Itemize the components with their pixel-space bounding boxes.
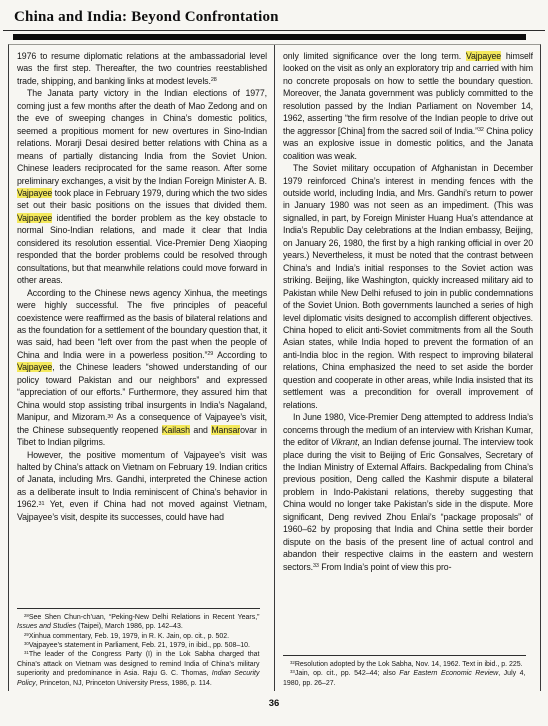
text-run: , Princeton, NJ, Princeton University Pr… xyxy=(36,680,212,687)
page-title: China and India: Beyond Confrontation xyxy=(0,0,548,30)
text-run: Xinhua commentary, Feb. 19, 1979, in R. … xyxy=(29,633,229,640)
text-run: 1976 to resume diplomatic relations at t… xyxy=(17,51,267,86)
text-run: The Soviet military occupation of Afghan… xyxy=(283,163,533,410)
body-paragraph: According to the Chinese news agency Xin… xyxy=(17,287,267,449)
left-column: 1976 to resume diplomatic relations at t… xyxy=(9,45,275,691)
highlighted-text: Vajpayee xyxy=(17,362,52,372)
footnote-ref: 28 xyxy=(24,613,29,618)
header-thick-rule xyxy=(13,34,526,40)
text-run: According to xyxy=(213,350,267,360)
right-footnotes: 32Resolution adopted by the Lok Sabha, N… xyxy=(283,655,526,688)
footnote: 32Resolution adopted by the Lok Sabha, N… xyxy=(283,660,526,669)
footnote: 33Jain, op. cit., pp. 542–44; also Far E… xyxy=(283,669,526,688)
text-run: Jain, op. cit., pp. 542–44; also xyxy=(295,670,399,677)
highlighted-text: Mansar xyxy=(211,425,240,435)
footnote-ref: 30 xyxy=(24,641,29,646)
text-run: and xyxy=(190,425,211,435)
body-paragraph: In June 1980, Vice-Premier Deng attempte… xyxy=(283,411,533,573)
text-run: Vikrant xyxy=(331,437,358,447)
body-paragraph: only limited significance over the long … xyxy=(283,50,533,162)
right-column-body: only limited significance over the long … xyxy=(283,50,533,573)
footnote-ref: 29 xyxy=(24,632,29,637)
footnote-ref: 33 xyxy=(313,563,319,569)
footnote-ref: 28 xyxy=(211,77,217,83)
footnote-ref: 33 xyxy=(290,669,295,674)
text-run: Resolution adopted by the Lok Sabha, Nov… xyxy=(295,661,523,668)
footnote-ref: 30 xyxy=(107,414,113,420)
text-run: From India’s point of view this pro- xyxy=(319,562,452,572)
footnote-ref: 29 xyxy=(207,351,213,357)
footnote-ref: 32 xyxy=(290,660,295,665)
footnote: 28See Shen Chun-ch’uan, “Peking-New Delh… xyxy=(17,613,260,632)
text-run: , an Indian defense journal. The intervi… xyxy=(283,437,533,572)
left-footnotes: 28See Shen Chun-ch’uan, “Peking-New Delh… xyxy=(17,608,260,688)
footnote-ref: 31 xyxy=(24,650,29,655)
body-paragraph: The Soviet military occupation of Afghan… xyxy=(283,162,533,411)
text-run: The Janata party victory in the Indian e… xyxy=(17,88,267,185)
body-paragraph: The Janata party victory in the Indian e… xyxy=(17,87,267,286)
text-run: himself looked on the visit as only an e… xyxy=(283,51,533,136)
text-region: 1976 to resume diplomatic relations at t… xyxy=(8,44,541,691)
footnote: 30Vajpayee’s statement in Parliament, Fe… xyxy=(17,641,260,650)
text-run: only limited significance over the long … xyxy=(283,51,466,61)
text-run: Far Eastern Economic Review xyxy=(399,670,498,677)
footnote: 31The leader of the Congress Party (I) i… xyxy=(17,650,260,688)
text-run: identified the border problem as the key… xyxy=(17,213,267,285)
highlighted-text: Vajpayee xyxy=(17,213,52,223)
text-run: Yet, even if China had not moved against… xyxy=(17,499,267,521)
text-run: See Shen Chun-ch’uan, “Peking-New Delhi … xyxy=(29,614,260,621)
page: { "page": { "title": "China and India: B… xyxy=(0,0,548,726)
text-run: Issues and Studies xyxy=(17,623,76,630)
text-run: Vajpayee’s statement in Parliament, Feb.… xyxy=(29,642,250,649)
body-paragraph: 1976 to resume diplomatic relations at t… xyxy=(17,50,267,87)
highlighted-text: Kailash xyxy=(162,425,190,435)
page-number: 36 xyxy=(0,698,548,709)
highlighted-text: Vajpayee xyxy=(466,51,501,61)
left-column-body: 1976 to resume diplomatic relations at t… xyxy=(17,50,267,523)
footnote: 29Xinhua commentary, Feb. 19, 1979, in R… xyxy=(17,632,260,641)
footnote-ref: 32 xyxy=(478,127,484,133)
footnote-ref: 31 xyxy=(39,501,45,507)
header-thin-rule xyxy=(3,30,545,31)
text-run: took place in February 1979, during whic… xyxy=(17,188,267,210)
highlighted-text: Vajpayee xyxy=(17,188,52,198)
right-column: only limited significance over the long … xyxy=(275,45,540,691)
text-run: (Taipei), March 1986, pp. 142–43. xyxy=(76,623,183,630)
body-paragraph: However, the positive momentum of Vajpay… xyxy=(17,449,267,524)
